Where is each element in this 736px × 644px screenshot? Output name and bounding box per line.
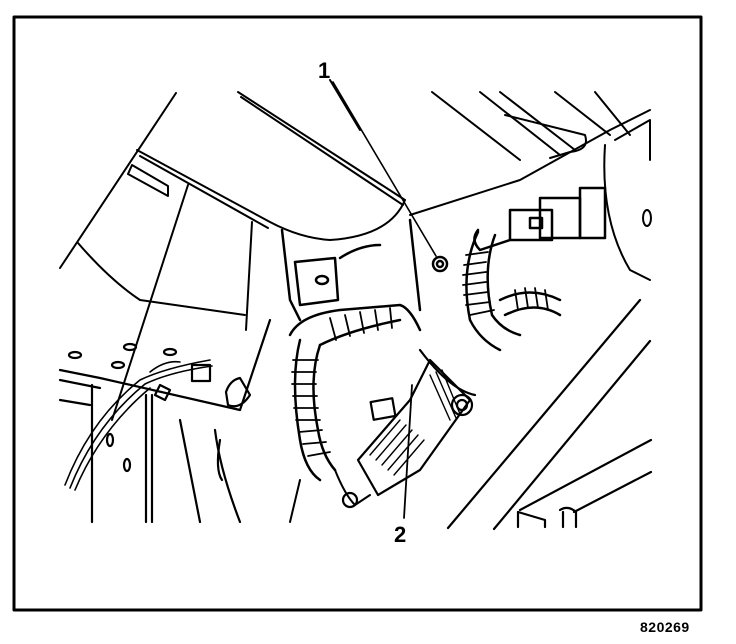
figure-frame: [14, 17, 701, 610]
callout-1-label: 1: [318, 60, 330, 82]
right-upper-panels: [410, 92, 651, 280]
callout-2-label: 2: [394, 524, 406, 546]
harness-ribs-right: [463, 252, 548, 315]
corrugated-harness-center: [290, 305, 420, 480]
harness-ribs-center: [292, 308, 392, 456]
fastener-bolt: [433, 257, 447, 271]
technical-illustration: [0, 0, 736, 644]
connector-pin-detail: [370, 370, 460, 475]
figure-id-label: 820269: [640, 619, 690, 635]
left-structure: [60, 320, 270, 522]
bottom-edge-stubs: [290, 470, 370, 522]
